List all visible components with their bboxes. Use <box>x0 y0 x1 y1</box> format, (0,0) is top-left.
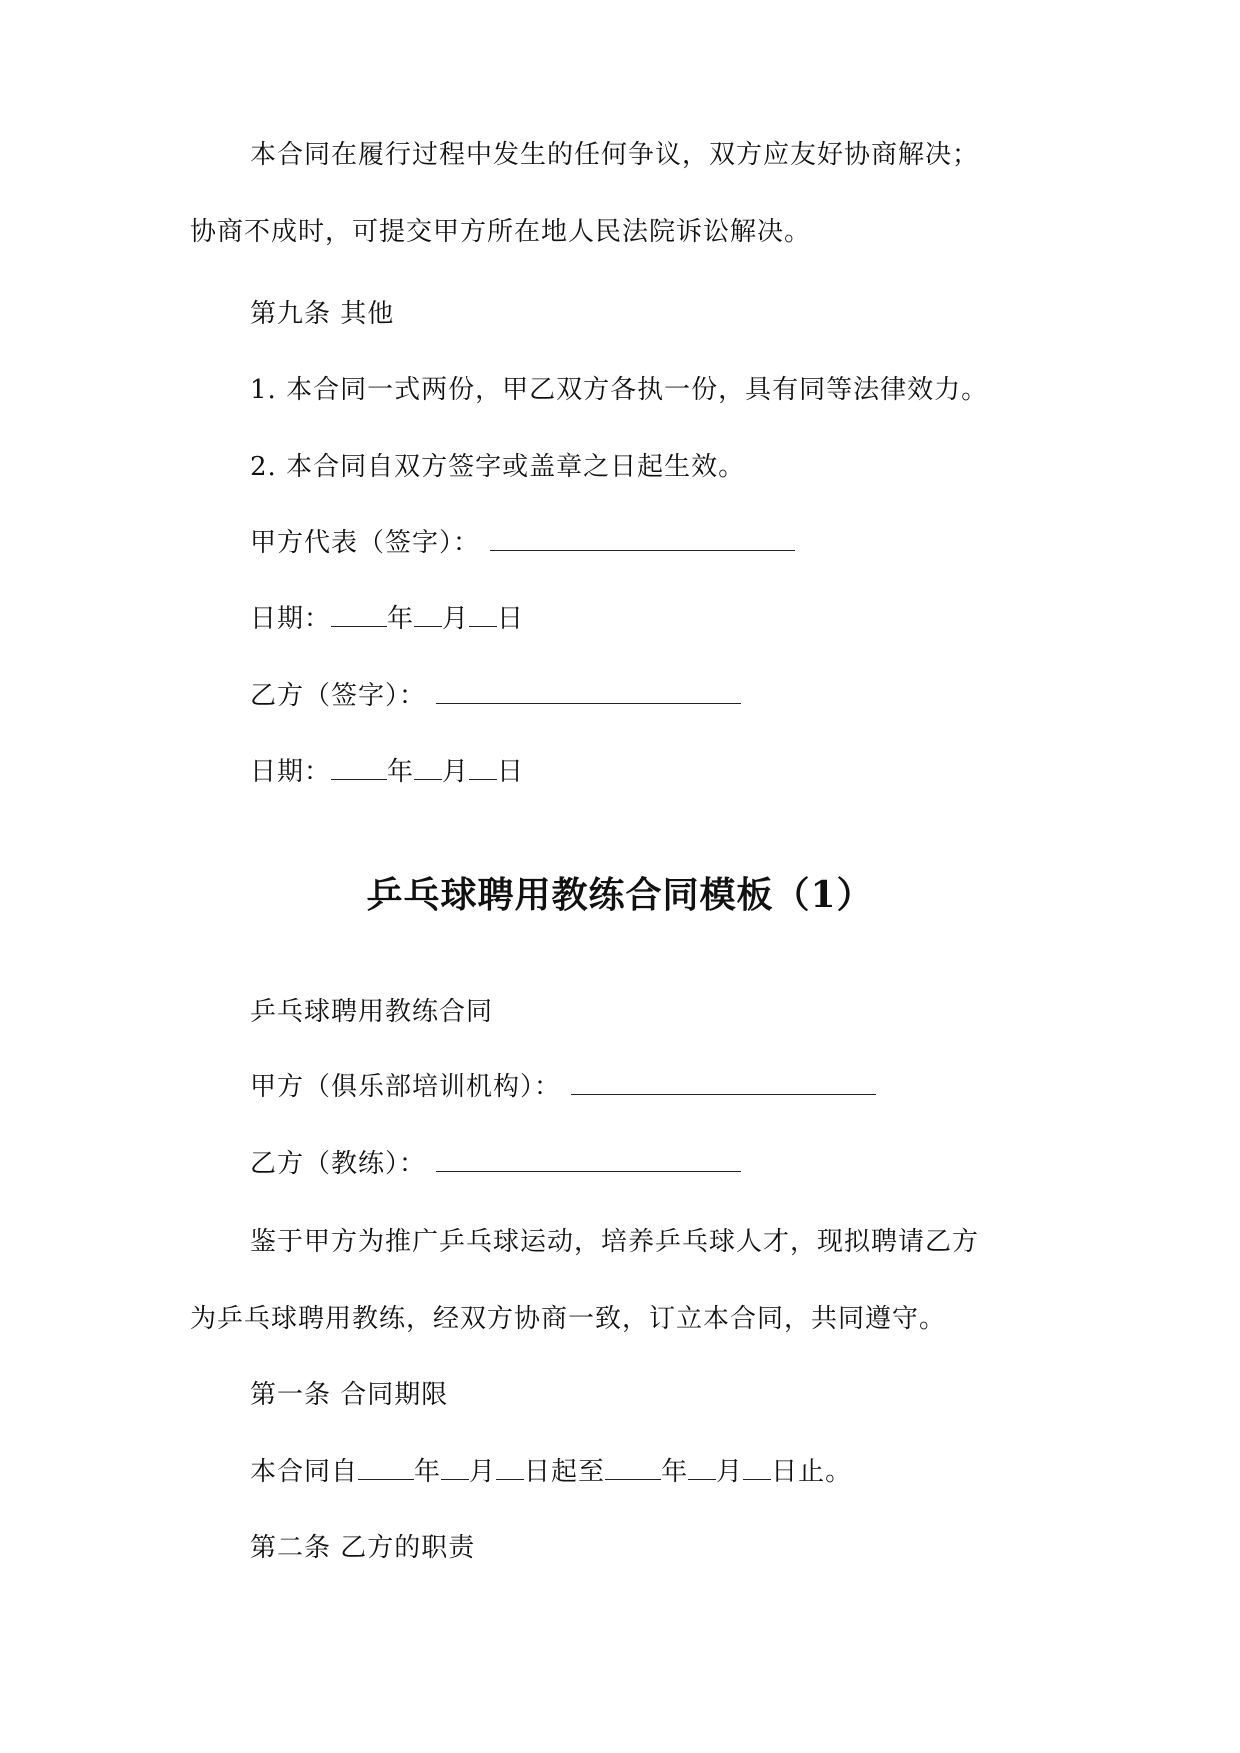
party-a-signature-field[interactable] <box>490 526 795 551</box>
party-a-signature-label: 甲方代表（签字）： <box>250 528 480 558</box>
party-b-row: 乙方（教练）： <box>250 1147 741 1181</box>
party-b-name-field[interactable] <box>436 1147 741 1172</box>
party-b-signature-field[interactable] <box>436 679 741 704</box>
year-label: 年 <box>387 604 414 634</box>
article9-item2: 2. 本合同自双方签字或盖章之日起生效。 <box>250 450 745 484</box>
date-label: 日期： <box>250 757 331 787</box>
article9-item1: 1. 本合同一式两份，甲乙双方各执一份，具有同等法律效力。 <box>250 373 988 407</box>
end-month-field[interactable] <box>688 1455 716 1480</box>
day-field[interactable] <box>469 602 497 627</box>
article2-heading: 第二条 乙方的职责 <box>250 1531 475 1565</box>
article1-heading: 第一条 合同期限 <box>250 1378 448 1412</box>
start-month-field[interactable] <box>441 1455 469 1480</box>
preamble-line1: 鉴于甲方为推广乒乓球运动，培养乒乓球人才，现拟聘请乙方 <box>250 1225 979 1259</box>
party-a-signature-row: 甲方代表（签字）： <box>250 526 795 560</box>
day-field[interactable] <box>469 755 497 780</box>
year-label: 年 <box>387 757 414 787</box>
month-field[interactable] <box>414 602 442 627</box>
month-label: 月 <box>716 1457 743 1487</box>
year-field[interactable] <box>331 755 387 780</box>
contract-subtitle: 乒乓球聘用教练合同 <box>250 995 493 1029</box>
day-label: 日 <box>497 757 524 787</box>
start-day-field[interactable] <box>496 1455 524 1480</box>
party-a-date-row: 日期：年月日 <box>250 602 524 636</box>
contract-term-row: 本合同自年月日起至年月日止。 <box>250 1455 852 1489</box>
month-label: 月 <box>469 1457 496 1487</box>
party-b-signature-row: 乙方（签字）： <box>250 679 741 713</box>
year-label: 年 <box>414 1457 441 1487</box>
year-field[interactable] <box>331 602 387 627</box>
term-from-suffix: 日起至 <box>524 1457 605 1487</box>
date-label: 日期： <box>250 604 331 634</box>
year-label: 年 <box>661 1457 688 1487</box>
dispute-clause-line2: 协商不成时，可提交甲方所在地人民法院诉讼解决。 <box>190 215 811 249</box>
month-label: 月 <box>442 757 469 787</box>
month-label: 月 <box>442 604 469 634</box>
end-day-field[interactable] <box>743 1455 771 1480</box>
start-year-field[interactable] <box>358 1455 414 1480</box>
term-end-suffix: 日止。 <box>771 1457 852 1487</box>
article9-heading: 第九条 其他 <box>250 297 394 331</box>
document-title: 乒乓球聘用教练合同模板（1） <box>0 872 1240 918</box>
party-a-row: 甲方（俱乐部培训机构）： <box>250 1070 876 1104</box>
end-year-field[interactable] <box>605 1455 661 1480</box>
party-b-signature-label: 乙方（签字）： <box>250 681 426 711</box>
party-a-name-field[interactable] <box>571 1070 876 1095</box>
party-b-label: 乙方（教练）： <box>250 1149 426 1179</box>
dispute-clause-line1: 本合同在履行过程中发生的任何争议，双方应友好协商解决； <box>250 138 979 172</box>
term-prefix: 本合同自 <box>250 1457 358 1487</box>
month-field[interactable] <box>414 755 442 780</box>
party-b-date-row: 日期：年月日 <box>250 755 524 789</box>
preamble-line2: 为乒乓球聘用教练，经双方协商一致，订立本合同，共同遵守。 <box>190 1302 946 1336</box>
party-a-label: 甲方（俱乐部培训机构）： <box>250 1072 561 1102</box>
day-label: 日 <box>497 604 524 634</box>
